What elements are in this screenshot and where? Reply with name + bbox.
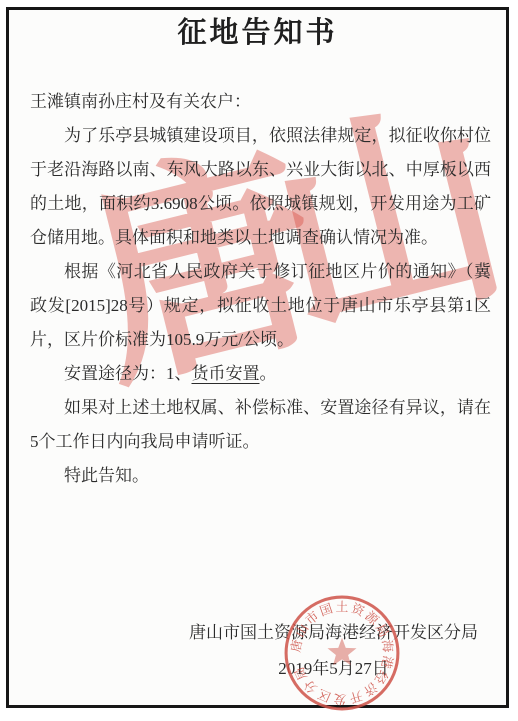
issuing-agency-name: 唐山市国土资源局海港经济开发区分局 [189, 621, 478, 645]
scanned-notice-page: 唐山 征地告知书 王滩镇南孙庄村及有关农户： 为了乐亭县城镇建设项目，依照法律规… [0, 0, 518, 721]
document-title: 征地告知书 [9, 17, 506, 49]
paragraph-hearing-rights: 如果对上述土地权属、补偿标准、安置途径有异议，请在5个工作日内向我局申请听证。 [30, 391, 491, 459]
resettlement-method-underlined: 货币安置 [192, 364, 260, 383]
resettlement-suffix: 。 [260, 364, 277, 383]
document-border-frame: 唐山 征地告知书 王滩镇南孙庄村及有关农户： 为了乐亭县城镇建设项目，依照法律规… [6, 7, 509, 708]
issue-date: 2019年5月27日 [189, 657, 478, 681]
document-content: 征地告知书 王滩镇南孙庄村及有关农户： 为了乐亭县城镇建设项目，依照法律规定，拟… [9, 17, 506, 681]
paragraph-compensation-standard: 根据《河北省人民政府关于修订征地区片价的通知》（冀政发[2015]28号）规定，… [30, 255, 491, 357]
paragraph-project-description: 为了乐亭县城镇建设项目，依照法律规定，拟征收你村位于老沿海路以南、东风大路以东、… [30, 119, 491, 255]
signature-block: 唐山市国土资源局海港经济开发区分局 2019年5月27日 [9, 621, 506, 681]
paragraph-closing: 特此告知。 [30, 459, 491, 493]
paragraph-resettlement: 安置途径为：1、货币安置。 [30, 357, 491, 391]
resettlement-prefix: 安置途径为：1、 [64, 364, 192, 383]
salutation-line: 王滩镇南孙庄村及有关农户： [30, 85, 491, 119]
body-text: 王滩镇南孙庄村及有关农户： 为了乐亭县城镇建设项目，依照法律规定，拟征收你村位于… [9, 85, 506, 493]
signature-inner: 唐山市国土资源局海港经济开发区分局 2019年5月27日 [189, 621, 478, 681]
